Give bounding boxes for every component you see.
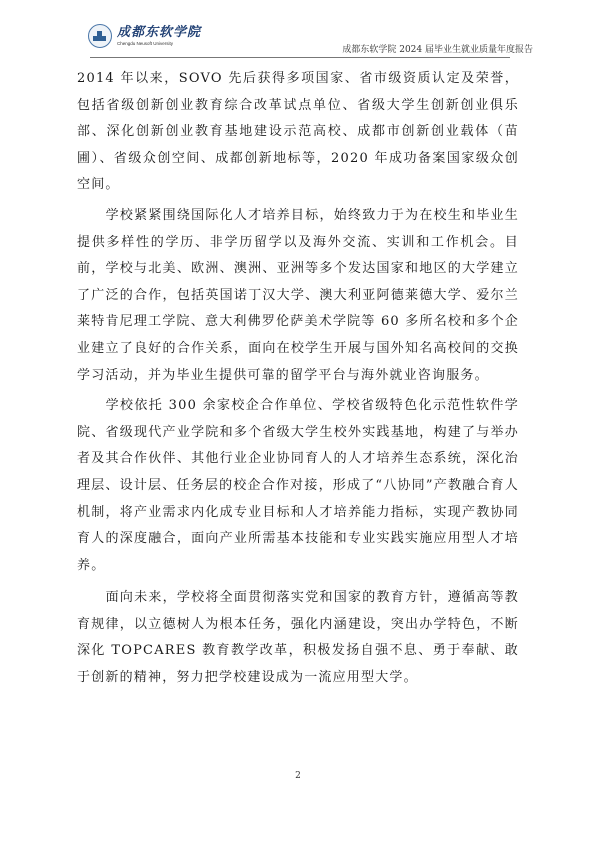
page-number: 2 bbox=[0, 771, 596, 781]
document-body: 2014 年以来，SOVO 先后获得多项国家、省市级资质认定及荣誉，包括省级创新… bbox=[77, 66, 519, 692]
paragraph-industry-education: 学校依托 300 余家校企合作单位、学校省级特色化示范性软件学院、省级现代产业学… bbox=[77, 393, 519, 579]
university-logo: 成都东软学院 Chengdu Neusoft University bbox=[88, 24, 201, 48]
paragraph-sovo-honors: 2014 年以来，SOVO 先后获得多项国家、省市级资质认定及荣誉，包括省级创新… bbox=[77, 66, 519, 199]
logo-text: 成都东软学院 Chengdu Neusoft University bbox=[117, 26, 201, 47]
university-seal-icon bbox=[88, 24, 112, 48]
page-header: 成都东软学院 Chengdu Neusoft University 成都东软学院… bbox=[0, 0, 596, 62]
paragraph-future-outlook: 面向未来，学校将全面贯彻落实党和国家的教育方针，遵循高等教育规律，以立德树人为根… bbox=[77, 585, 519, 691]
header-divider bbox=[90, 57, 510, 58]
report-title: 成都东软学院 2024 届毕业生就业质量年度报告 bbox=[342, 42, 533, 55]
logo-chinese-name: 成都东软学院 bbox=[117, 26, 201, 40]
logo-english-name: Chengdu Neusoft University bbox=[117, 40, 201, 47]
paragraph-internationalization: 学校紧紧围绕国际化人才培养目标，始终致力于为在校生和毕业生提供多样性的学历、非学… bbox=[77, 203, 519, 389]
